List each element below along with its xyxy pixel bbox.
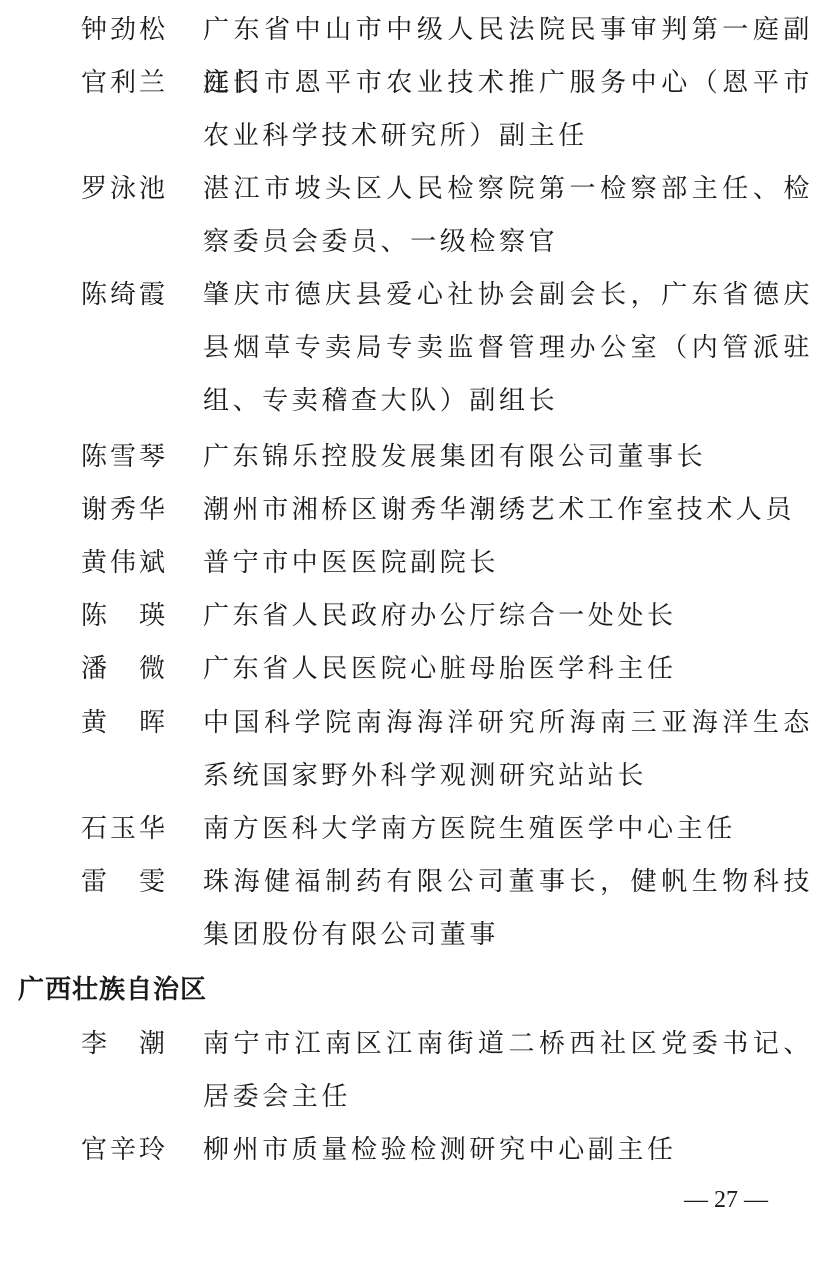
person-name: 潘 微 (81, 643, 181, 696)
person-title: 广东锦乐控股发展集团有限公司董事长 (203, 431, 813, 484)
person-name: 陈雪琴 (81, 431, 181, 484)
person-name: 陈绮霞 (81, 269, 181, 322)
person-title: 肇庆市德庆县爱心社协会副会长，广东省德庆县烟草专卖局专卖监督管理办公室（内管派驻… (203, 269, 813, 428)
person-title: 普宁市中医医院副院长 (203, 537, 813, 590)
person-title: 南宁市江南区江南街道二桥西社区党委书记、居委会主任 (203, 1018, 813, 1124)
person-name: 石玉华 (81, 803, 181, 856)
person-name: 罗泳池 (81, 163, 181, 216)
person-title: 广东省人民医院心脏母胎医学科主任 (203, 643, 813, 696)
person-name: 李 潮 (81, 1018, 181, 1071)
page-number: — 27 — (684, 1187, 768, 1214)
person-title: 潮州市湘桥区谢秀华潮绣艺术工作室技术人员 (203, 484, 813, 537)
document-page: 钟劲松 广东省中山市中级人民法院民事审判第一庭副庭长 官利兰 江门市恩平市农业技… (0, 0, 828, 1280)
section-heading: 广西壮族自治区 (18, 964, 207, 1017)
person-name: 谢秀华 (81, 484, 181, 537)
person-name: 黄伟斌 (81, 537, 181, 590)
person-title: 南方医科大学南方医院生殖医学中心主任 (203, 803, 813, 856)
person-name: 雷 雯 (81, 856, 181, 909)
person-name: 陈 瑛 (81, 590, 181, 643)
person-title: 中国科学院南海海洋研究所海南三亚海洋生态系统国家野外科学观测研究站站长 (203, 697, 813, 803)
person-title: 珠海健福制药有限公司董事长，健帆生物科技集团股份有限公司董事 (203, 856, 813, 962)
person-title: 广东省人民政府办公厅综合一处处长 (203, 590, 813, 643)
person-name: 钟劲松 (81, 4, 181, 57)
person-title: 柳州市质量检验检测研究中心副主任 (203, 1124, 813, 1177)
person-title: 江门市恩平市农业技术推广服务中心（恩平市农业科学技术研究所）副主任 (203, 57, 813, 163)
person-name: 官辛玲 (81, 1124, 181, 1177)
person-name: 官利兰 (81, 57, 181, 110)
person-title: 湛江市坡头区人民检察院第一检察部主任、检察委员会委员、一级检察官 (203, 163, 813, 269)
person-name: 黄 晖 (81, 697, 181, 750)
